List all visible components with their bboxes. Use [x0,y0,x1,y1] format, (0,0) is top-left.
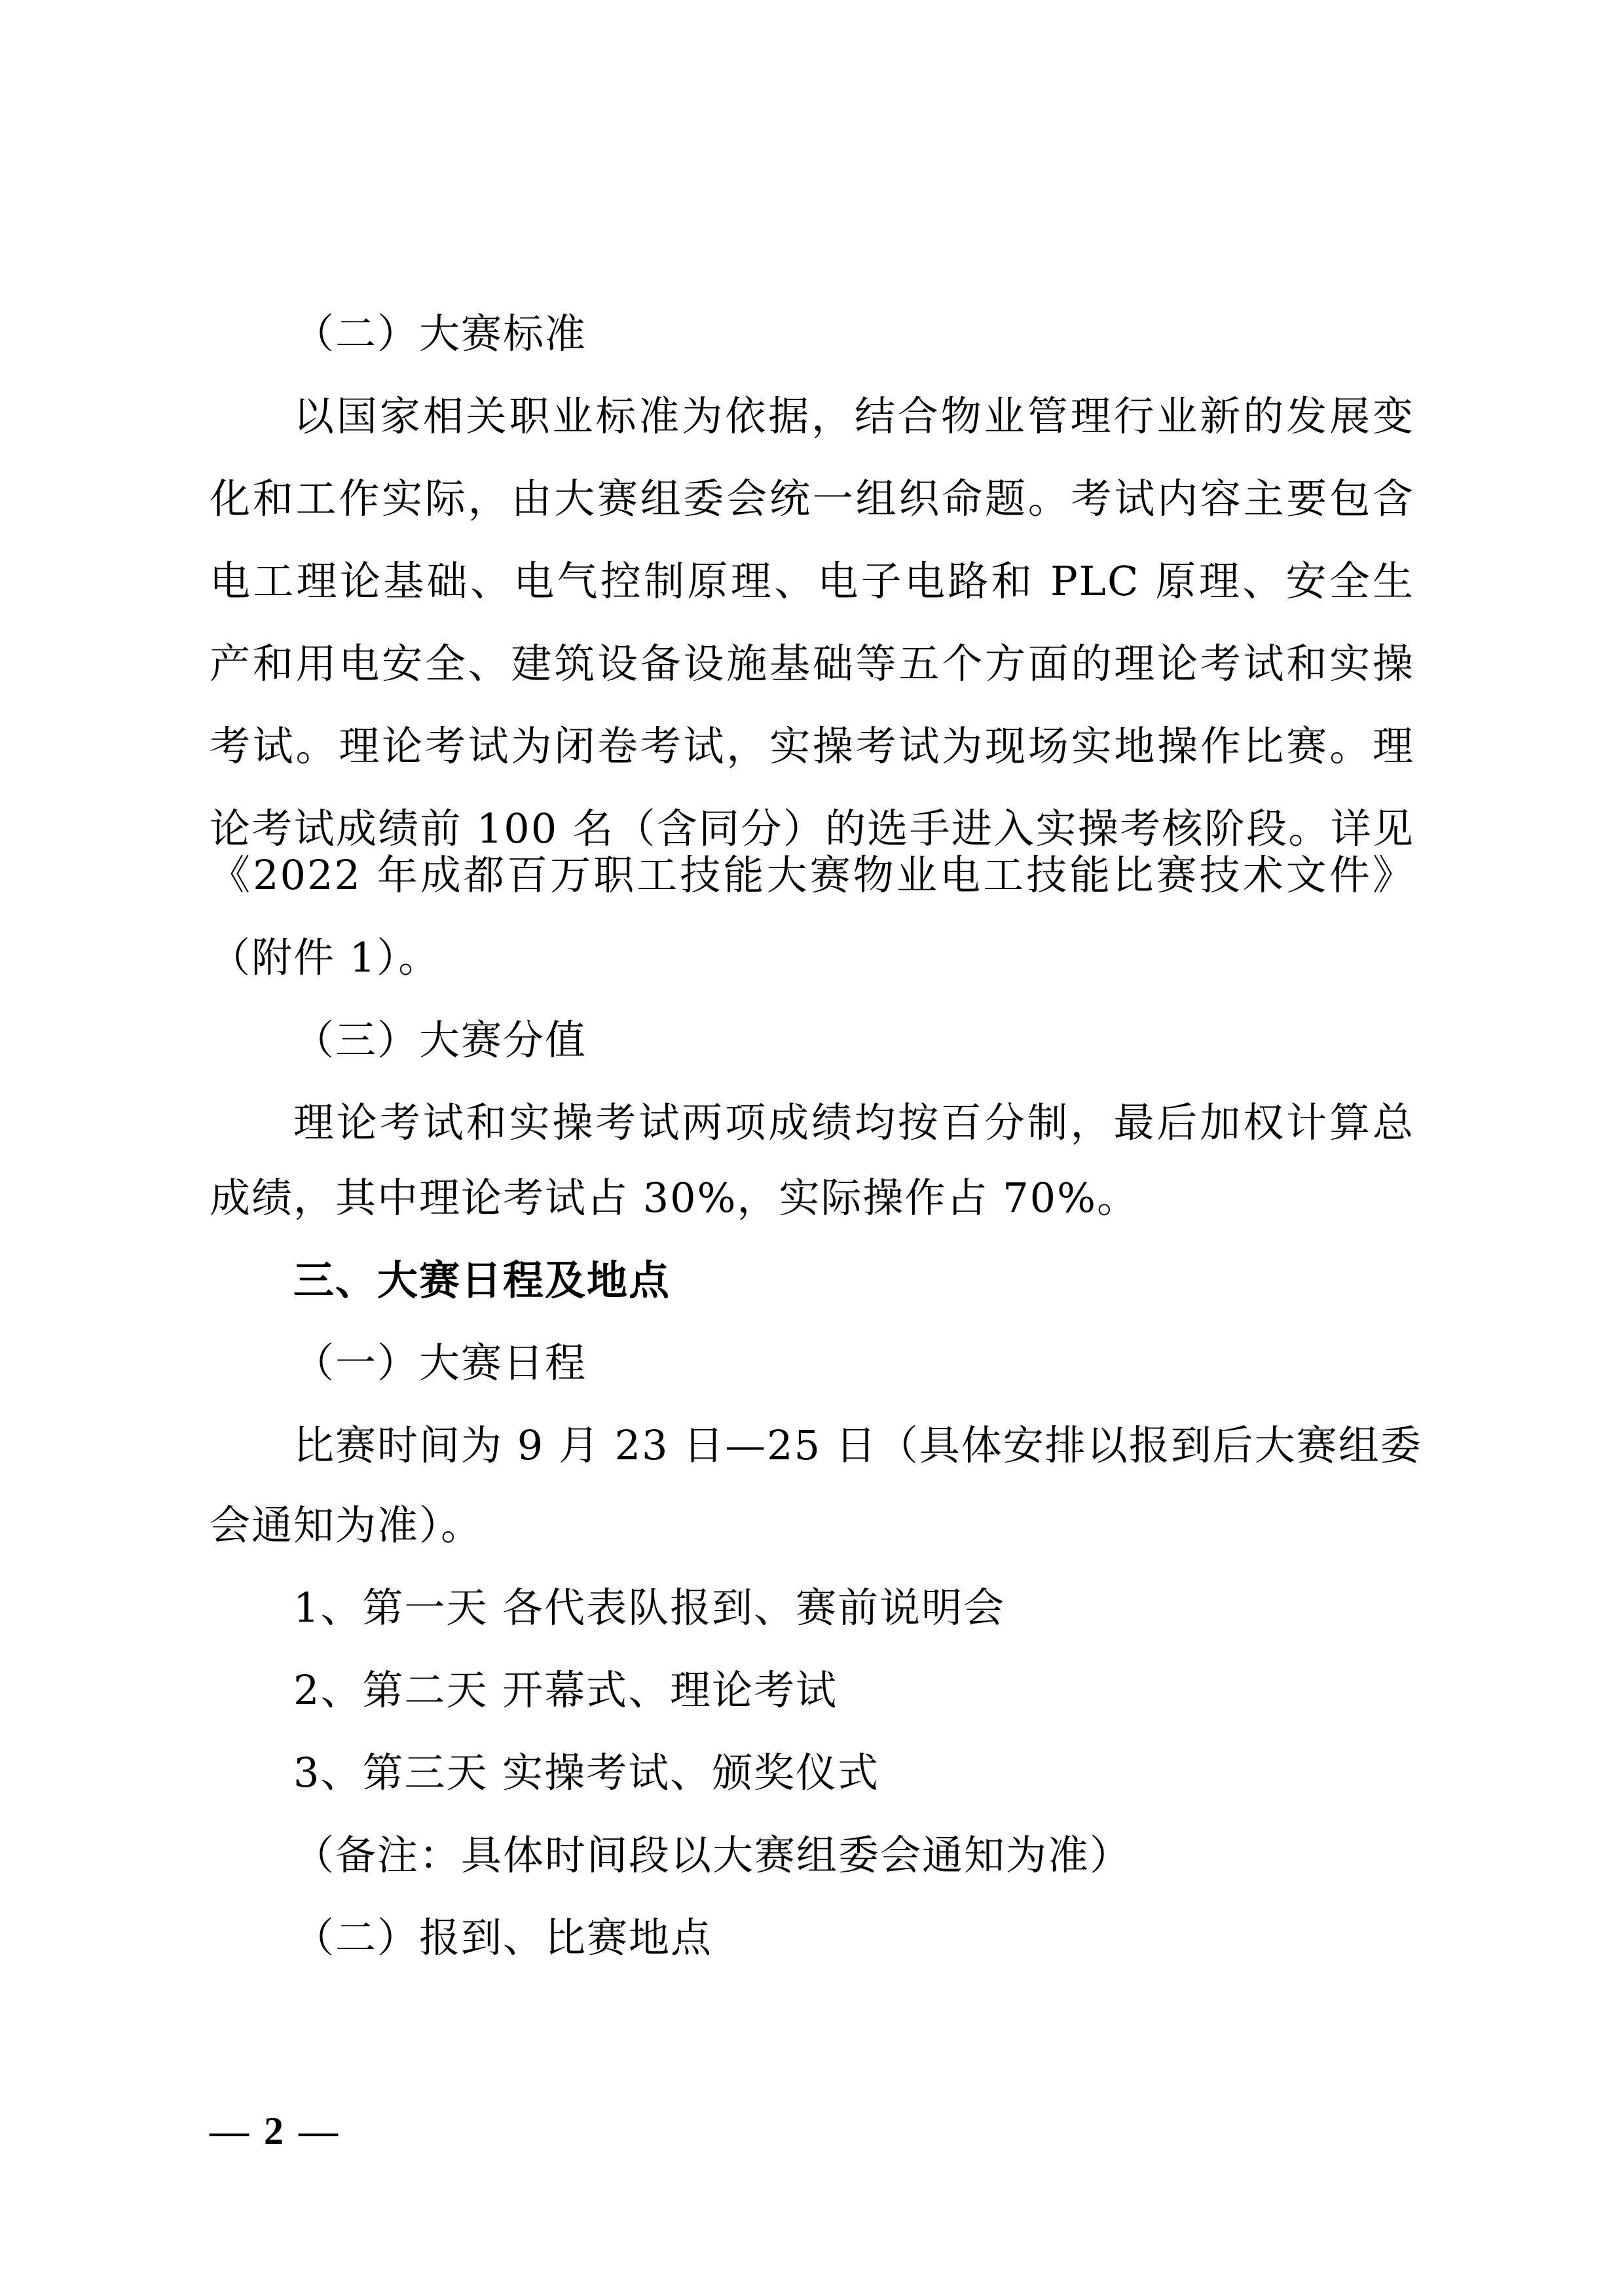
subheading-competition-score: （三）大赛分值 [293,1014,587,1066]
paragraph-line: 理论考试和实操考试两项成绩均按百分制，最后加权计算总 [293,1097,1414,1149]
paragraph-line: 比赛时间为 9 月 23 日—25 日（具体安排以报到后大赛组委 [293,1419,1414,1472]
paragraph-line: 成绩，其中理论考试占 30%，实际操作占 70%。 [210,1172,1414,1224]
subheading-competition-standard: （二）大赛标准 [293,308,587,360]
schedule-item-day-1: 1、第一天 各代表队报到、赛前说明会 [293,1582,1005,1634]
paragraph-line: 以国家相关职业标准为依据，结合物业管理行业新的发展变 [293,390,1414,443]
paragraph-line: 产和用电安全、建筑设备设施基础等五个方面的理论考试和实操 [210,638,1414,690]
paragraph-line: （附件 1）。 [210,932,1414,984]
paragraph-line: 会通知为准）。 [210,1499,1414,1552]
paragraph-line: 电工理论基础、电气控制原理、电子电路和 PLC 原理、安全生 [210,555,1414,608]
document-page: （二）大赛标准 以国家相关职业标准为依据，结合物业管理行业新的发展变 化和工作实… [0,0,1624,2296]
subheading-competition-schedule: （一）大赛日程 [293,1337,587,1389]
paragraph-line: 考试。理论考试为闭卷考试，实操考试为现场实地操作比赛。理 [210,720,1414,773]
paragraph-line: 《2022 年成都百万职工技能大赛物业电工技能比赛技术文件》 [210,849,1414,902]
schedule-item-day-2: 2、第二天 开幕式、理论考试 [293,1664,838,1717]
subheading-registration-venue: （二）报到、比赛地点 [293,1912,712,1964]
paragraph-line: 化和工作实际，由大赛组委会统一组织命题。考试内容主要包含 [210,473,1414,525]
schedule-item-day-3: 3、第三天 实操考试、颁奖仪式 [293,1747,879,1799]
paragraph-line: 论考试成绩前 100 名（含同分）的选手进入实操考核阶段。详见 [210,803,1414,855]
schedule-note: （备注：具体时间段以大赛组委会通知为准） [293,1829,1132,1882]
page-number: — 2 — [210,2105,341,2157]
main-heading-schedule-location: 三、大赛日程及地点 [293,1254,671,1307]
